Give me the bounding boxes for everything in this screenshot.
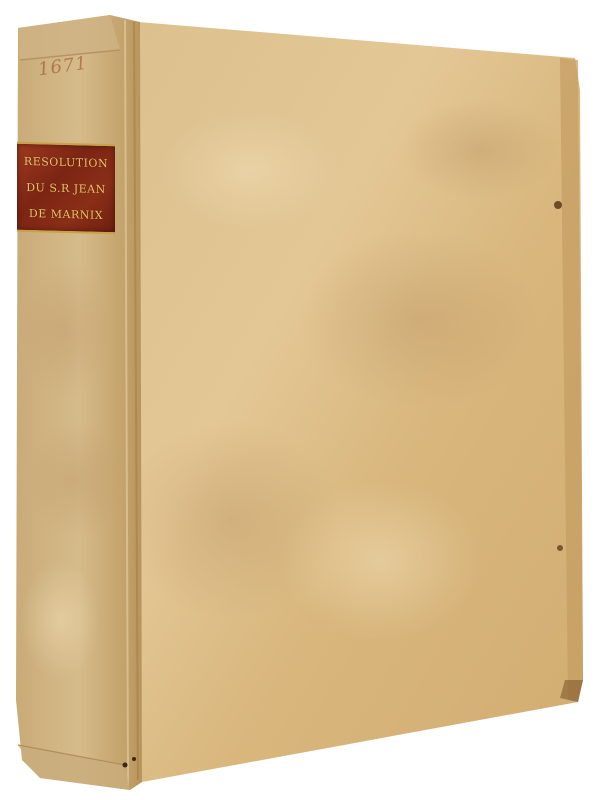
- tie-hole-lower: [557, 545, 563, 551]
- vellum-book: [0, 0, 595, 800]
- book-photograph: 1671 RESOLUTION DU S.R JEAN DE MARNIX: [0, 0, 595, 800]
- label-line-3: DE MARNIX: [29, 208, 103, 221]
- spine: [16, 15, 142, 790]
- tie-hole-upper: [554, 201, 562, 209]
- label-line-2: DU S.R JEAN: [26, 181, 106, 194]
- spine-title-label: RESOLUTION DU S.R JEAN DE MARNIX: [17, 142, 115, 235]
- label-line-1: RESOLUTION: [24, 155, 108, 168]
